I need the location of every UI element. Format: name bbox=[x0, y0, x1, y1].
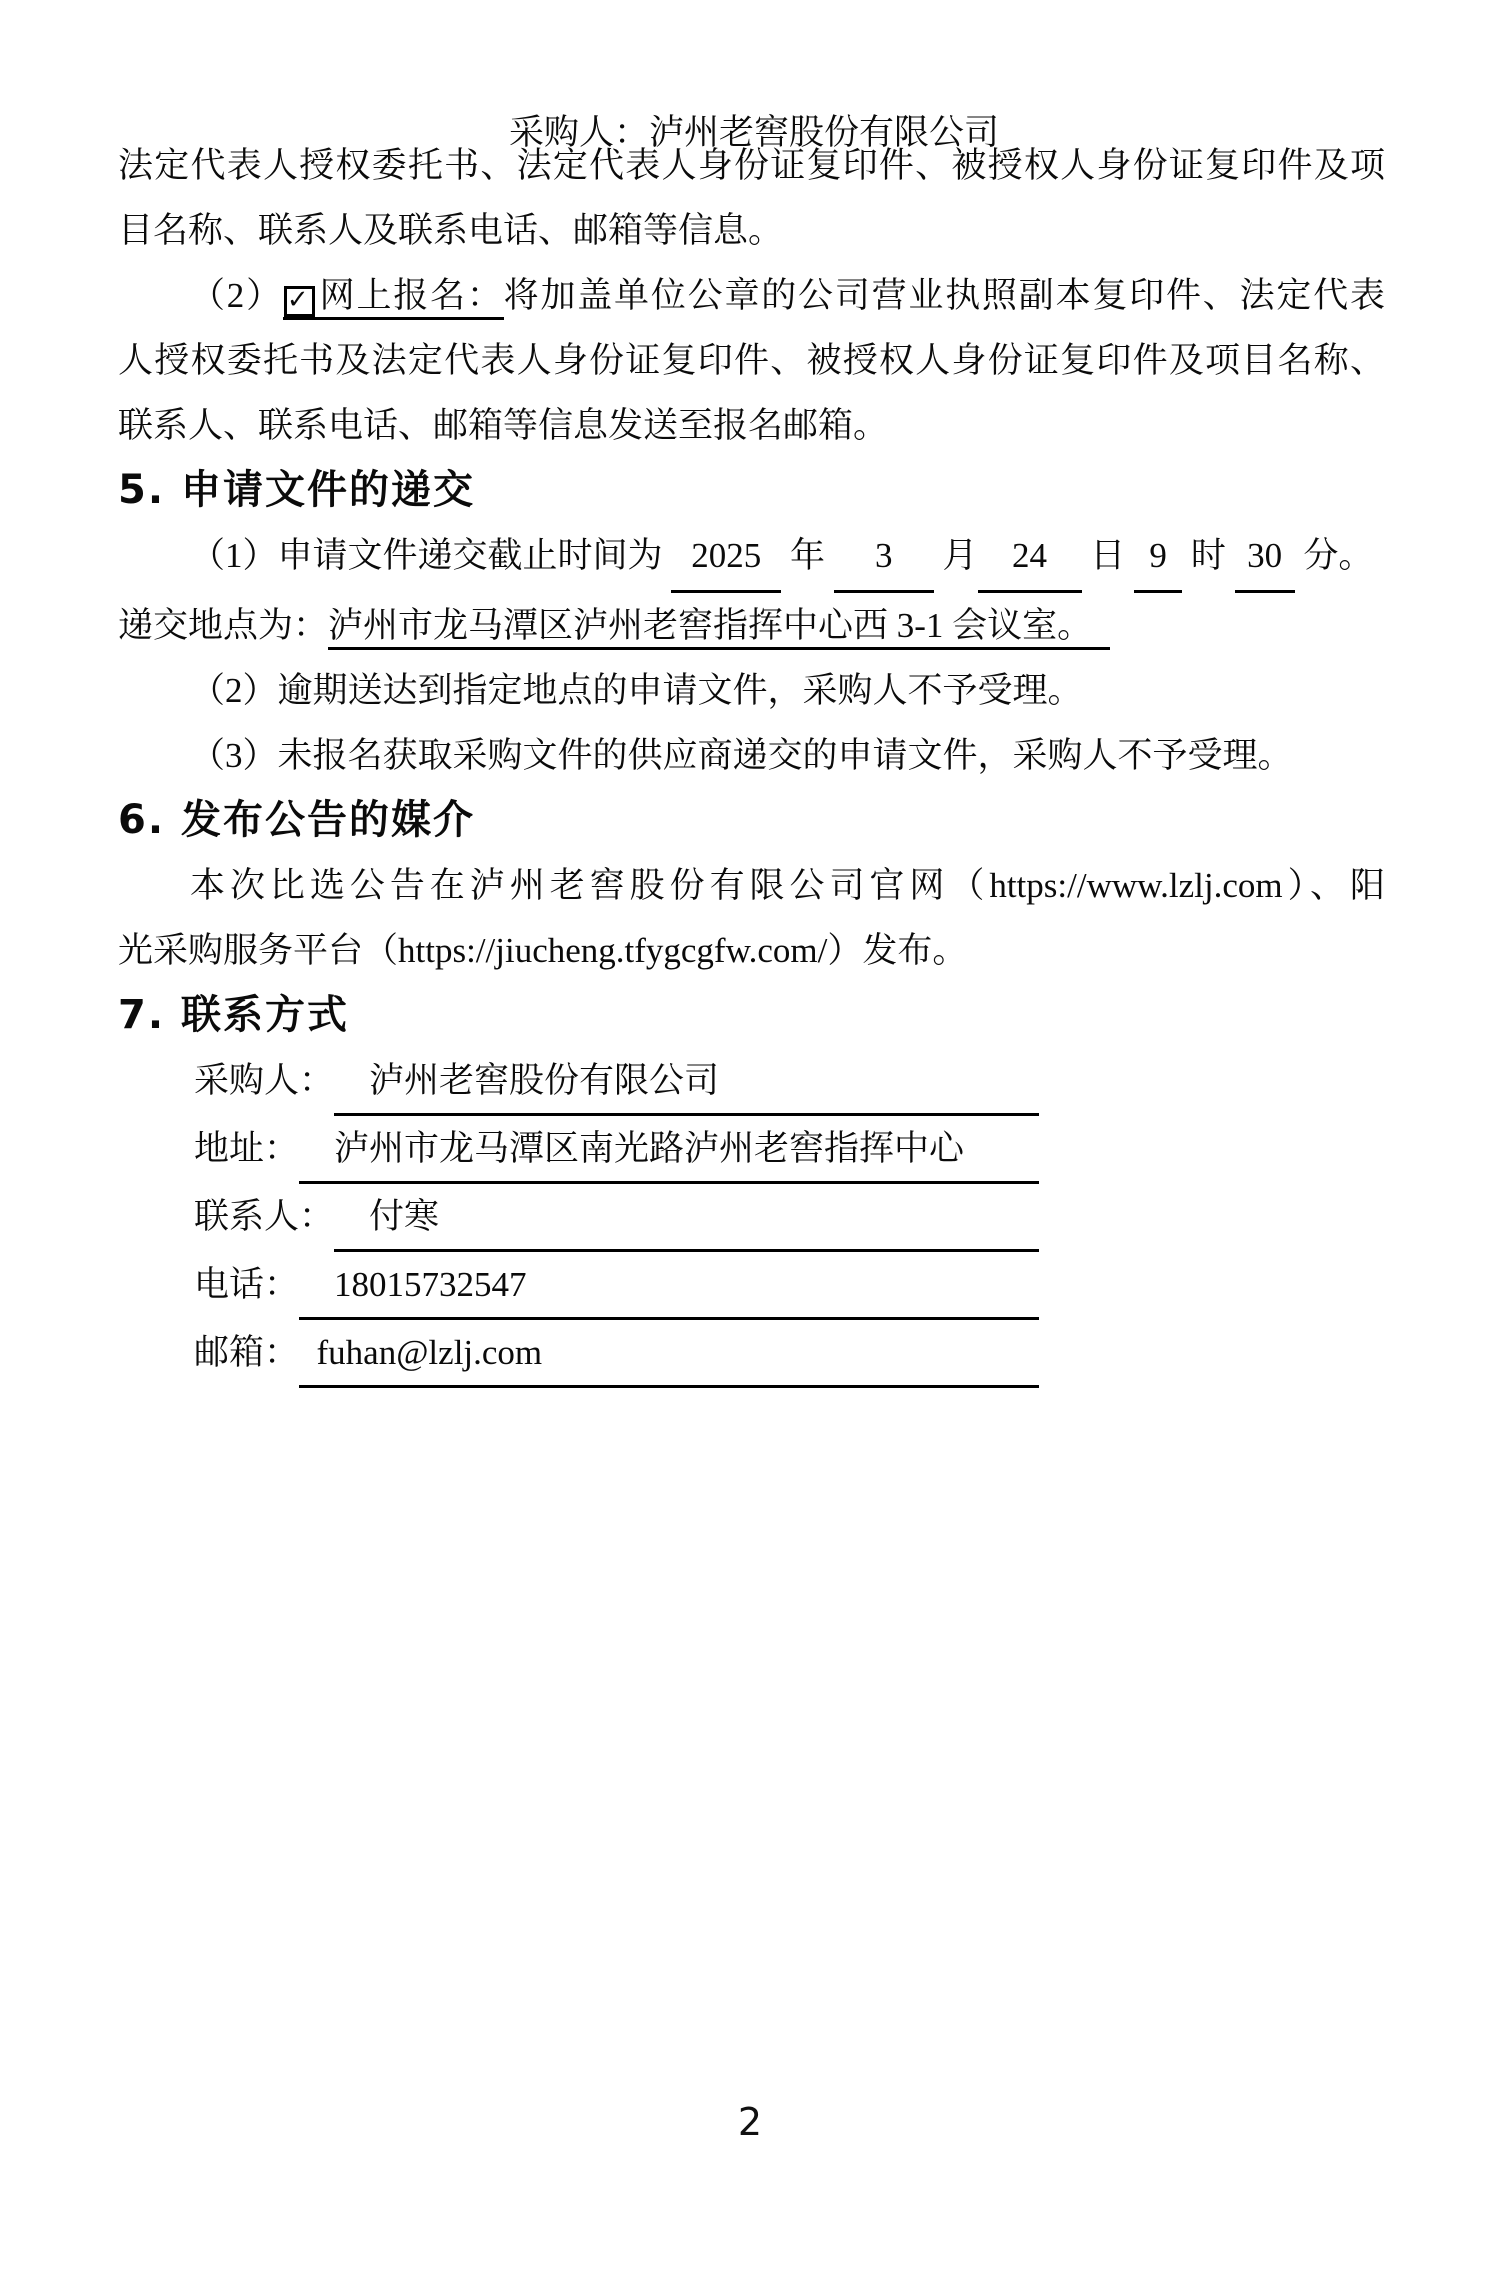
text-segment: 分。 bbox=[1295, 536, 1374, 575]
text-segment: （1）申请文件递交截止时间为 bbox=[190, 536, 671, 575]
field-email-value: fuhan@lzlj.com bbox=[299, 1320, 1039, 1388]
para-prev-line1: 法定代表人授权委托书、法定代表人身份证复印件、被授权人身份证复印件及项 bbox=[118, 133, 1385, 198]
page-number: 2 bbox=[0, 2098, 1500, 2146]
para-media-line2: 光采购服务平台（https://jiucheng.tfygcgfw.com/）发… bbox=[118, 918, 1385, 983]
field-purchaser-label: 采购人： bbox=[194, 1048, 334, 1116]
field-email: 邮箱： fuhan@lzlj.com bbox=[194, 1320, 1039, 1388]
text-segment: 年 bbox=[781, 536, 834, 575]
para-media-line1: 本次比选公告在泸州老窖股份有限公司官网（https://www.lzlj.com… bbox=[118, 853, 1385, 918]
underlined-text: 泸州市龙马潭区泸州老窖指挥中心西 3-1 会议室。 bbox=[328, 606, 1110, 650]
text-segment: （3）未报名获取采购文件的供应商递交的申请文件，采购人不予受理。 bbox=[190, 736, 1293, 775]
document-page: 法定代表人授权委托书、法定代表人身份证复印件、被授权人身份证复印件及项目名称、联… bbox=[0, 0, 1500, 2287]
text-segment: 目名称、联系人及联系电话、邮箱等信息。 bbox=[118, 211, 783, 250]
field-address-label: 地址： bbox=[194, 1116, 299, 1184]
text-segment: 光采购服务平台（https://jiucheng.tfygcgfw.com/）发… bbox=[118, 931, 967, 970]
text-segment: 6. 发布公告的媒介 bbox=[118, 797, 475, 843]
text-segment: 递交地点为： bbox=[118, 606, 328, 645]
field-purchaser: 采购人： 泸州老窖股份有限公司 bbox=[194, 1048, 1039, 1116]
underlined-text: 30 bbox=[1235, 523, 1295, 593]
document-body: 法定代表人授权委托书、法定代表人身份证复印件、被授权人身份证复印件及项目名称、联… bbox=[118, 133, 1385, 1388]
text-segment: 本次比选公告在泸州老窖股份有限公司官网（https://www.lzlj.com… bbox=[190, 866, 1385, 905]
underlined-text: 24 bbox=[978, 523, 1082, 593]
field-email-label: 邮箱： bbox=[194, 1320, 299, 1388]
text-segment: 5. 申请文件的递交 bbox=[118, 467, 475, 513]
field-contact-label: 联系人： bbox=[194, 1184, 334, 1252]
field-phone: 电话： 18015732547 bbox=[194, 1252, 1039, 1320]
text-segment: 人授权委托书及法定代表人身份证复印件、被授权人身份证复印件及项目名称、 bbox=[118, 341, 1385, 380]
para-deadline-line1: （1）申请文件递交截止时间为 2025 年 3 月24 日 9 时 30 分。 bbox=[118, 523, 1385, 593]
para-late-delivery: （2）逾期送达到指定地点的申请文件，采购人不予受理。 bbox=[118, 658, 1385, 723]
para-online-signup-line2: 人授权委托书及法定代表人身份证复印件、被授权人身份证复印件及项目名称、 bbox=[118, 328, 1385, 393]
text-segment: （2）逾期送达到指定地点的申请文件，采购人不予受理。 bbox=[190, 671, 1083, 710]
field-phone-value: 18015732547 bbox=[299, 1252, 1039, 1320]
para-online-signup-line3: 联系人、联系电话、邮箱等信息发送至报名邮箱。 bbox=[118, 393, 1385, 458]
text-segment: 月 bbox=[934, 536, 978, 575]
checked-checkbox-icon: ✓ bbox=[284, 286, 315, 317]
text-segment: 7. 联系方式 bbox=[118, 992, 349, 1038]
field-phone-label: 电话： bbox=[194, 1252, 299, 1320]
field-contact: 联系人： 付寒 bbox=[194, 1184, 1039, 1252]
heading-section-6: 6. 发布公告的媒介 bbox=[118, 788, 1385, 853]
text-segment: 将加盖单位公章的公司营业执照副本复印件、法定代表 bbox=[504, 276, 1385, 315]
para-no-signup: （3）未报名获取采购文件的供应商递交的申请文件，采购人不予受理。 bbox=[118, 723, 1385, 788]
text-segment: 时 bbox=[1182, 536, 1235, 575]
field-address-value: 泸州市龙马潭区南光路泸州老窖指挥中心 bbox=[299, 1116, 1039, 1184]
field-purchaser-value: 泸州老窖股份有限公司 bbox=[334, 1048, 1039, 1116]
text-segment: 日 bbox=[1082, 536, 1135, 575]
text-segment: 联系人、联系电话、邮箱等信息发送至报名邮箱。 bbox=[118, 406, 888, 445]
heading-section-5: 5. 申请文件的递交 bbox=[118, 458, 1385, 523]
para-online-signup-line1: （2）✓网上报名：将加盖单位公章的公司营业执照副本复印件、法定代表 bbox=[118, 263, 1385, 328]
field-address: 地址： 泸州市龙马潭区南光路泸州老窖指挥中心 bbox=[194, 1116, 1039, 1184]
field-contact-value: 付寒 bbox=[334, 1184, 1039, 1252]
text-segment: 法定代表人授权委托书、法定代表人身份证复印件、被授权人身份证复印件及项 bbox=[118, 146, 1385, 185]
underlined-text: ✓网上报名： bbox=[283, 276, 504, 320]
underlined-text: 2025 bbox=[671, 523, 781, 593]
heading-section-7: 7. 联系方式 bbox=[118, 983, 1385, 1048]
para-deadline-line2: 递交地点为：泸州市龙马潭区泸州老窖指挥中心西 3-1 会议室。 bbox=[118, 593, 1385, 658]
underlined-text: 3 bbox=[834, 523, 934, 593]
text-segment: （2） bbox=[190, 276, 283, 315]
underlined-text: 9 bbox=[1134, 523, 1182, 593]
para-prev-line2: 目名称、联系人及联系电话、邮箱等信息。 bbox=[118, 198, 1385, 263]
